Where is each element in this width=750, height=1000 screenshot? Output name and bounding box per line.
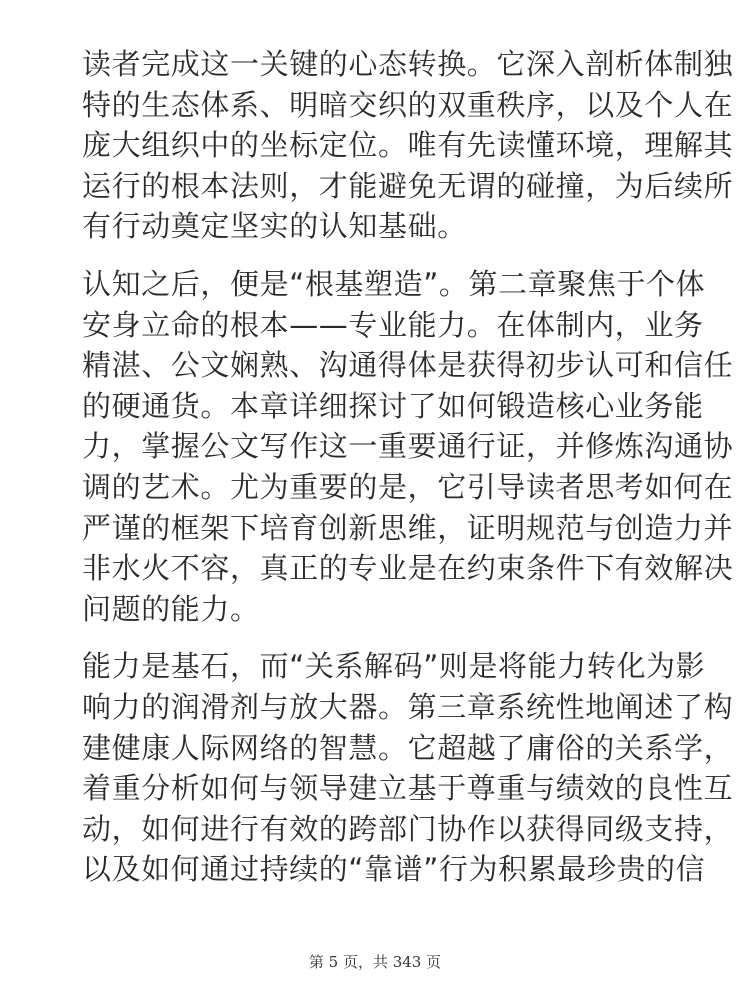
text-line: 调的艺术。尤为重要的是，它引导读者思考如何在 [82, 467, 692, 508]
page-number-footer: 第 5 页，共 343 页 [0, 951, 750, 972]
paragraph-3: 能力是基石，而“关系解码”则是将能力转化为影 响力的润滑剂与放大器。第三章系统性… [82, 646, 692, 890]
text-line: 运行的根本法则，才能避免无谓的碰撞，为后续所 [82, 166, 692, 207]
text-line: 安身立命的根本——专业能力。在体制内，业务 [82, 305, 692, 346]
paragraph-1: 读者完成这一关键的心态转换。它深入剖析体制独 特的生态体系、明暗交织的双重秩序，… [82, 44, 692, 247]
text-line: 的硬通货。本章详细探讨了如何锻造核心业务能 [82, 386, 692, 427]
body-text: 读者完成这一关键的心态转换。它深入剖析体制独 特的生态体系、明暗交织的双重秩序，… [82, 44, 692, 907]
text-line: 能力是基石，而“关系解码”则是将能力转化为影 [82, 646, 692, 687]
text-line: 严谨的框架下培育创新思维，证明规范与创造力并 [82, 508, 692, 549]
text-line: 着重分析如何与领导建立基于尊重与绩效的良性互 [82, 768, 692, 809]
document-page: 读者完成这一关键的心态转换。它深入剖析体制独 特的生态体系、明暗交织的双重秩序，… [0, 0, 750, 1000]
text-line: 响力的润滑剂与放大器。第三章系统性地阐述了构 [82, 687, 692, 728]
text-line: 庞大组织中的坐标定位。唯有先读懂环境，理解其 [82, 125, 692, 166]
text-line: 建健康人际网络的智慧。它超越了庸俗的关系学， [82, 728, 692, 769]
paragraph-2: 认知之后，便是“根基塑造”。第二章聚焦于个体 安身立命的根本——专业能力。在体制… [82, 264, 692, 629]
text-line: 非水火不容，真正的专业是在约束条件下有效解决 [82, 548, 692, 589]
text-line: 问题的能力。 [82, 589, 692, 630]
text-line: 以及如何通过持续的“靠谱”行为积累最珍贵的信 [82, 849, 692, 890]
text-line: 读者完成这一关键的心态转换。它深入剖析体制独 [82, 44, 692, 85]
text-line: 精湛、公文娴熟、沟通得体是获得初步认可和信任 [82, 345, 692, 386]
text-line: 有行动奠定坚实的认知基础。 [82, 206, 692, 247]
text-line: 认知之后，便是“根基塑造”。第二章聚焦于个体 [82, 264, 692, 305]
text-line: 力，掌握公文写作这一重要通行证，并修炼沟通协 [82, 426, 692, 467]
text-line: 特的生态体系、明暗交织的双重秩序，以及个人在 [82, 85, 692, 126]
text-line: 动，如何进行有效的跨部门协作以获得同级支持， [82, 809, 692, 850]
